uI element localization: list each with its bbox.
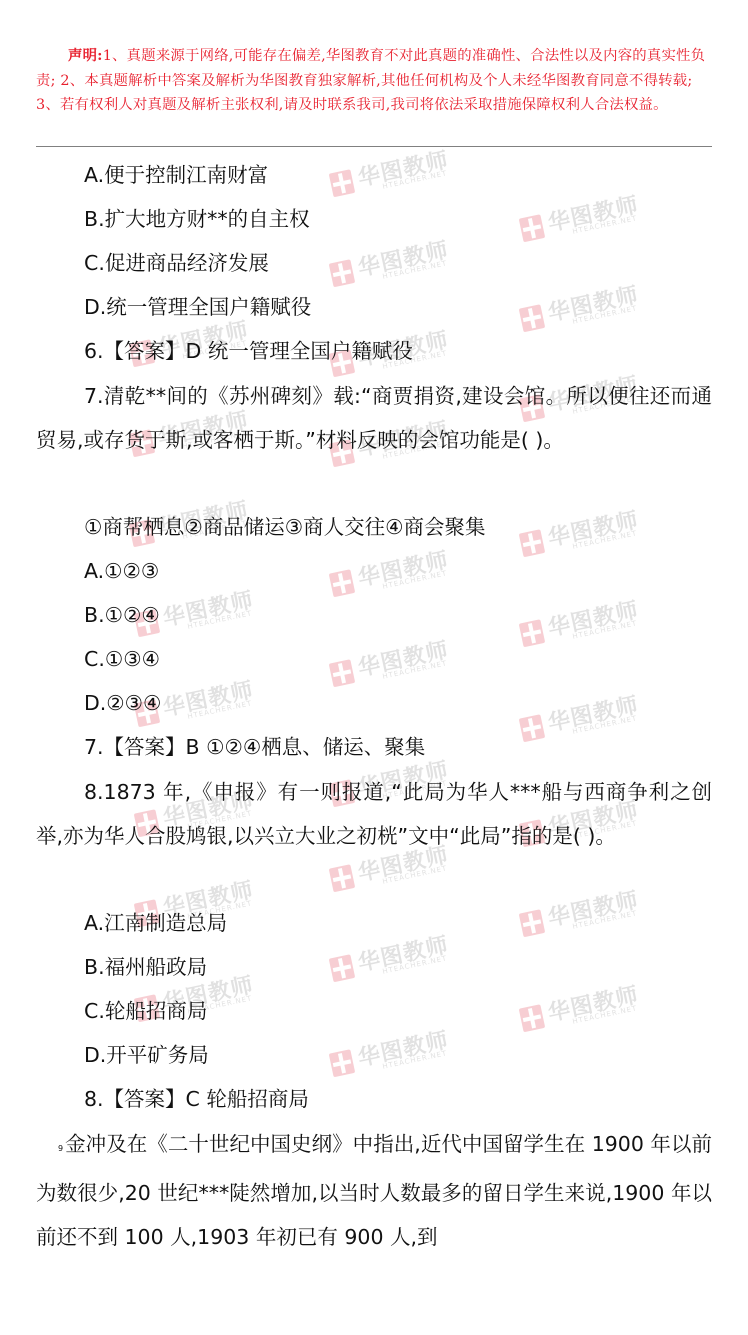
watermark-logo-icon: [519, 909, 546, 937]
watermark-logo-icon: [519, 619, 546, 647]
disclaimer: 声明:1、真题来源于网络,可能存在偏差,华图教育不对此真题的准确性、合法性以及内…: [36, 44, 712, 118]
watermark: 华图教师HTEACHER.NET: [517, 587, 654, 659]
q8-stem: 8.1873 年,《申报》有一则报道,“此局为华人***船与西商争利之创举,亦为…: [36, 770, 712, 858]
watermark: 华图教师HTEACHER.NET: [327, 227, 464, 299]
watermark: 华图教师HTEACHER.NET: [517, 972, 654, 1044]
q7-answer: 7.【答案】B ①②④栖息、储运、聚集: [84, 733, 425, 761]
watermark-logo-icon: [329, 1049, 356, 1077]
watermark: 华图教师HTEACHER.NET: [327, 922, 464, 994]
q6-option-c: C.促进商品经济发展: [84, 249, 269, 277]
q7-option-d: D.②③④: [84, 689, 161, 717]
q7-stem: 7.清乾**间的《苏州碑刻》载:“商贾捐资,建设会馆。所以便往还而通贸易,或存货…: [36, 374, 712, 462]
q6-answer: 6.【答案】D 统一管理全国户籍赋役: [84, 337, 413, 365]
header-divider: [36, 146, 712, 147]
watermark: 华图教师HTEACHER.NET: [517, 272, 654, 344]
disclaimer-text: 1、真题来源于网络,可能存在偏差,华图教育不对此真题的准确性、合法性以及内容的真…: [36, 48, 705, 113]
q7-option-a: A.①②③: [84, 557, 159, 585]
q9-stem: 9金冲及在《二十世纪中国史纲》中指出,近代中国留学生在 1900 年以前为数很少…: [36, 1122, 712, 1259]
q8-answer: 8.【答案】C 轮船招商局: [84, 1085, 309, 1113]
q8-option-a: A.江南制造总局: [84, 909, 227, 937]
watermark-logo-icon: [329, 169, 356, 197]
q7-option-c: C.①③④: [84, 645, 160, 673]
watermark: 华图教师HTEACHER.NET: [517, 182, 654, 254]
watermark-logo-icon: [519, 214, 546, 242]
watermark-logo-icon: [519, 1004, 546, 1032]
q7-items: ①商帮栖息②商品储运③商人交往④商会聚集: [84, 513, 486, 541]
disclaimer-label: 声明:: [68, 47, 103, 64]
watermark: 华图教师HTEACHER.NET: [517, 497, 654, 569]
q6-option-d: D.统一管理全国户籍赋役: [84, 293, 311, 321]
q6-option-a: A.便于控制江南财富: [84, 161, 268, 189]
q7-option-b: B.①②④: [84, 601, 160, 629]
watermark-logo-icon: [329, 864, 356, 892]
q9-number: 9: [58, 1144, 63, 1153]
q8-option-d: D.开平矿务局: [84, 1041, 209, 1069]
watermark-logo-icon: [329, 259, 356, 287]
watermark-logo-icon: [519, 714, 546, 742]
watermark: 华图教师HTEACHER.NET: [327, 1017, 464, 1089]
watermark: 华图教师HTEACHER.NET: [517, 682, 654, 754]
watermark: 华图教师HTEACHER.NET: [327, 627, 464, 699]
q8-option-b: B.福州船政局: [84, 953, 207, 981]
watermark: 华图教师HTEACHER.NET: [327, 137, 464, 209]
watermark: 华图教师HTEACHER.NET: [327, 537, 464, 609]
watermark-logo-icon: [329, 954, 356, 982]
watermark-logo-icon: [519, 529, 546, 557]
watermark-logo-icon: [519, 304, 546, 332]
q8-option-c: C.轮船招商局: [84, 997, 207, 1025]
watermark-logo-icon: [329, 659, 356, 687]
q6-option-b: B.扩大地方财**的自主权: [84, 205, 310, 233]
watermark: 华图教师HTEACHER.NET: [517, 877, 654, 949]
watermark-logo-icon: [329, 569, 356, 597]
